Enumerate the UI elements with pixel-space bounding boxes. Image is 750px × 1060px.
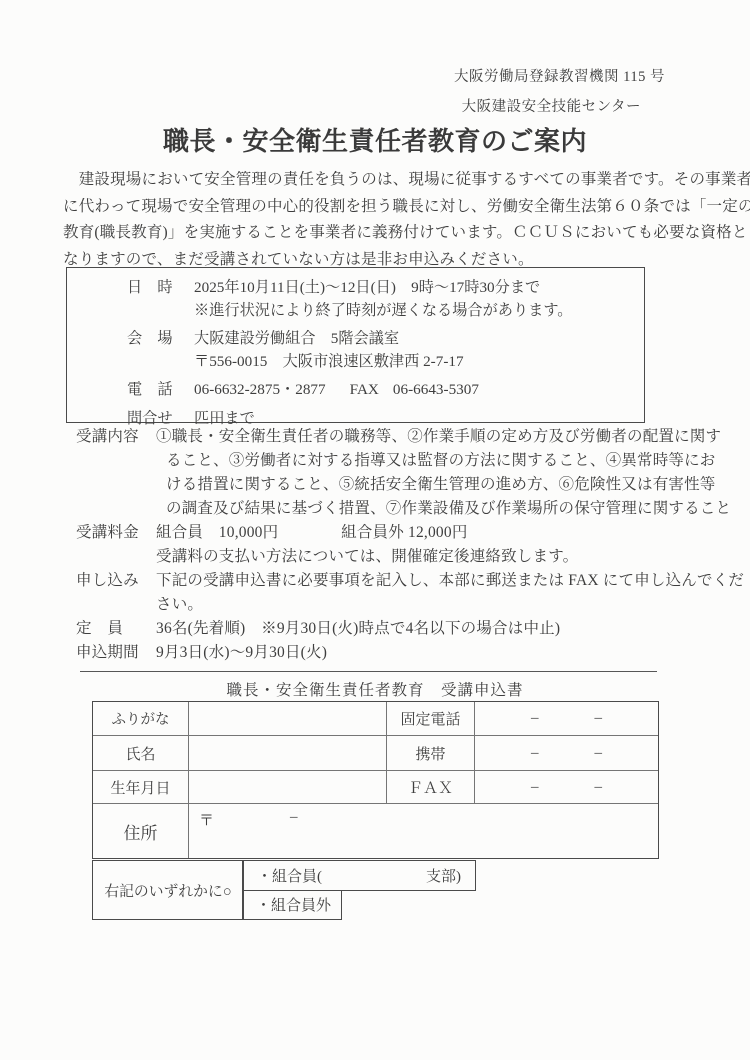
datetime-value: 2025年10月11日(土)〜12日(日) 9時〜17時30分まで (194, 277, 540, 300)
name-input-cell (188, 735, 386, 770)
phone-dash: – (531, 745, 539, 762)
application-line: 下記の受講申込書に必要事項を記入し、本部に郵送または FAX にて申し込んでくだ (156, 569, 744, 593)
datetime-note: ※進行状況により終了時刻が遅くなる場合があります。 (67, 300, 644, 323)
phone-dash: – (531, 710, 539, 727)
section-fee: 受講料金 組合員 10,000円 組合員外 12,000円 受講料の支払い方法に… (76, 521, 736, 569)
fax-value: 06-6643-5307 (393, 379, 479, 402)
section-label: 申込期間 (76, 641, 156, 665)
course-content-line: ①職長・安全衛生責任者の職務等、②作業手順の定め方及び労働者の配置に関す (156, 425, 736, 449)
page-title: 職長・安全衛生責任者教育のご案内 (0, 121, 750, 158)
option-non-member: ・組合員外 (256, 894, 331, 915)
fax-input-cell: – – (474, 770, 658, 803)
section-label: 受講料金 (76, 521, 156, 569)
phone-value: 06-6632-2875・2877 (194, 379, 326, 402)
intro-line: 建設現場において安全管理の責任を負うのは、現場に従事するすべての事業者です。その… (63, 167, 703, 194)
application-form-title: 職長・安全衛生責任者教育 受講申込書 (0, 678, 750, 700)
period-line: 9月3日(水)〜9月30日(火) (156, 641, 736, 665)
intro-paragraph: 建設現場において安全管理の責任を負うのは、現場に従事するすべての事業者です。その… (63, 167, 703, 273)
detail-sections: 受講内容 ①職長・安全衛生責任者の職務等、②作業手順の定め方及び労働者の配置に関… (76, 425, 736, 665)
course-content-line: ること、③労働者に対する指導又は監督の方法に関すること、④異常時等にお (156, 449, 736, 473)
capacity-line: 36名(先着順) ※9月30日(火)時点で4名以下の場合は中止) (156, 617, 736, 641)
event-info-box: 日 時 2025年10月11日(土)〜12日(日) 9時〜17時30分まで ※進… (66, 267, 645, 423)
membership-choice-block: 右記のいずれかに○ ・組合員( 支部) ・組合員外 (92, 860, 492, 922)
form-separator-line (80, 671, 657, 672)
furigana-input-cell (188, 702, 386, 735)
fax-row-label: ＦＡＸ (386, 770, 474, 803)
course-content-line: ける措置に関すること、⑤統括安全衛生管理の進め方、⑥危険性又は有害性等 (156, 473, 736, 497)
section-label: 受講内容 (76, 425, 156, 521)
option-non-member-cell: ・組合員外 (242, 890, 342, 921)
section-label: 申し込み (76, 569, 156, 617)
document-header: 大阪労働局登録教習機関 115 号 大阪建設安全技能センター (454, 62, 665, 122)
landline-input-cell: – – (474, 702, 658, 735)
section-capacity: 定 員 36名(先着順) ※9月30日(火)時点で4名以下の場合は中止) (76, 617, 736, 641)
furigana-label: ふりがな (93, 702, 188, 735)
postal-mark: 〒 (199, 809, 214, 830)
mobile-input-cell: – – (474, 735, 658, 770)
intro-line: 教育(職長教育)」を実施することを事業者に義務付けています。ＣＣＵＳにおいても必… (63, 220, 703, 247)
venue-value: 大阪建設労働組合 5階会議室 (194, 328, 399, 351)
datetime-row: 日 時 2025年10月11日(土)〜12日(日) 9時〜17時30分まで (67, 277, 644, 300)
phone-dash: – (595, 710, 603, 727)
option-member-branch-suffix: 支部) (426, 865, 461, 886)
phone-dash: – (595, 779, 603, 796)
organization-name-line: 大阪建設安全技能センター (454, 92, 665, 122)
option-member-cell: ・組合員( 支部) (242, 860, 476, 891)
phone-dash: – (531, 779, 539, 796)
application-line: さい。 (156, 593, 744, 617)
fax-label: FAX (350, 379, 379, 402)
choice-instruction-label: 右記のいずれかに○ (92, 860, 244, 920)
address-label: 住所 (93, 803, 188, 858)
registration-number-line: 大阪労働局登録教習機関 115 号 (454, 62, 665, 92)
birthdate-input-cell (188, 770, 386, 803)
datetime-label: 日 時 (127, 277, 185, 300)
phone-dash: – (595, 745, 603, 762)
phone-row: 電 話 06-6632-2875・2877 FAX 06-6643-5307 (67, 379, 644, 402)
venue-address: 〒556-0015 大阪市浪速区敷津西 2-7-17 (67, 351, 644, 374)
phone-label: 電 話 (127, 379, 185, 402)
address-input-cell: 〒 – (188, 803, 658, 858)
option-member-prefix: ・組合員( (257, 865, 322, 886)
venue-label: 会 場 (127, 328, 185, 351)
section-course-content: 受講内容 ①職長・安全衛生責任者の職務等、②作業手順の定め方及び労働者の配置に関… (76, 425, 736, 521)
mobile-label: 携帯 (386, 735, 474, 770)
fee-line: 組合員 10,000円 組合員外 12,000円 (156, 521, 736, 545)
section-label: 定 員 (76, 617, 156, 641)
postal-dash: – (290, 809, 298, 826)
intro-line: に代わって現場で安全管理の中心的役割を担う職長に対し、労働安全衛生法第６０条では… (63, 194, 703, 221)
venue-row: 会 場 大阪建設労働組合 5階会議室 (67, 328, 644, 351)
landline-label: 固定電話 (386, 702, 474, 735)
application-form-table: ふりがな 固定電話 – – 氏名 携帯 – – 生年月日 ＦＡＸ – – 住所 … (92, 701, 659, 859)
course-content-line: の調査及び結果に基づく措置、⑦作業設備及び作業場所の保守管理に関すること (156, 497, 736, 521)
name-label: 氏名 (93, 735, 188, 770)
section-application: 申し込み 下記の受講申込書に必要事項を記入し、本部に郵送または FAX にて申し… (76, 569, 736, 617)
fee-line: 受講料の支払い方法については、開催確定後連絡致します。 (156, 545, 736, 569)
section-period: 申込期間 9月3日(水)〜9月30日(火) (76, 641, 736, 665)
birthdate-label: 生年月日 (93, 770, 188, 803)
